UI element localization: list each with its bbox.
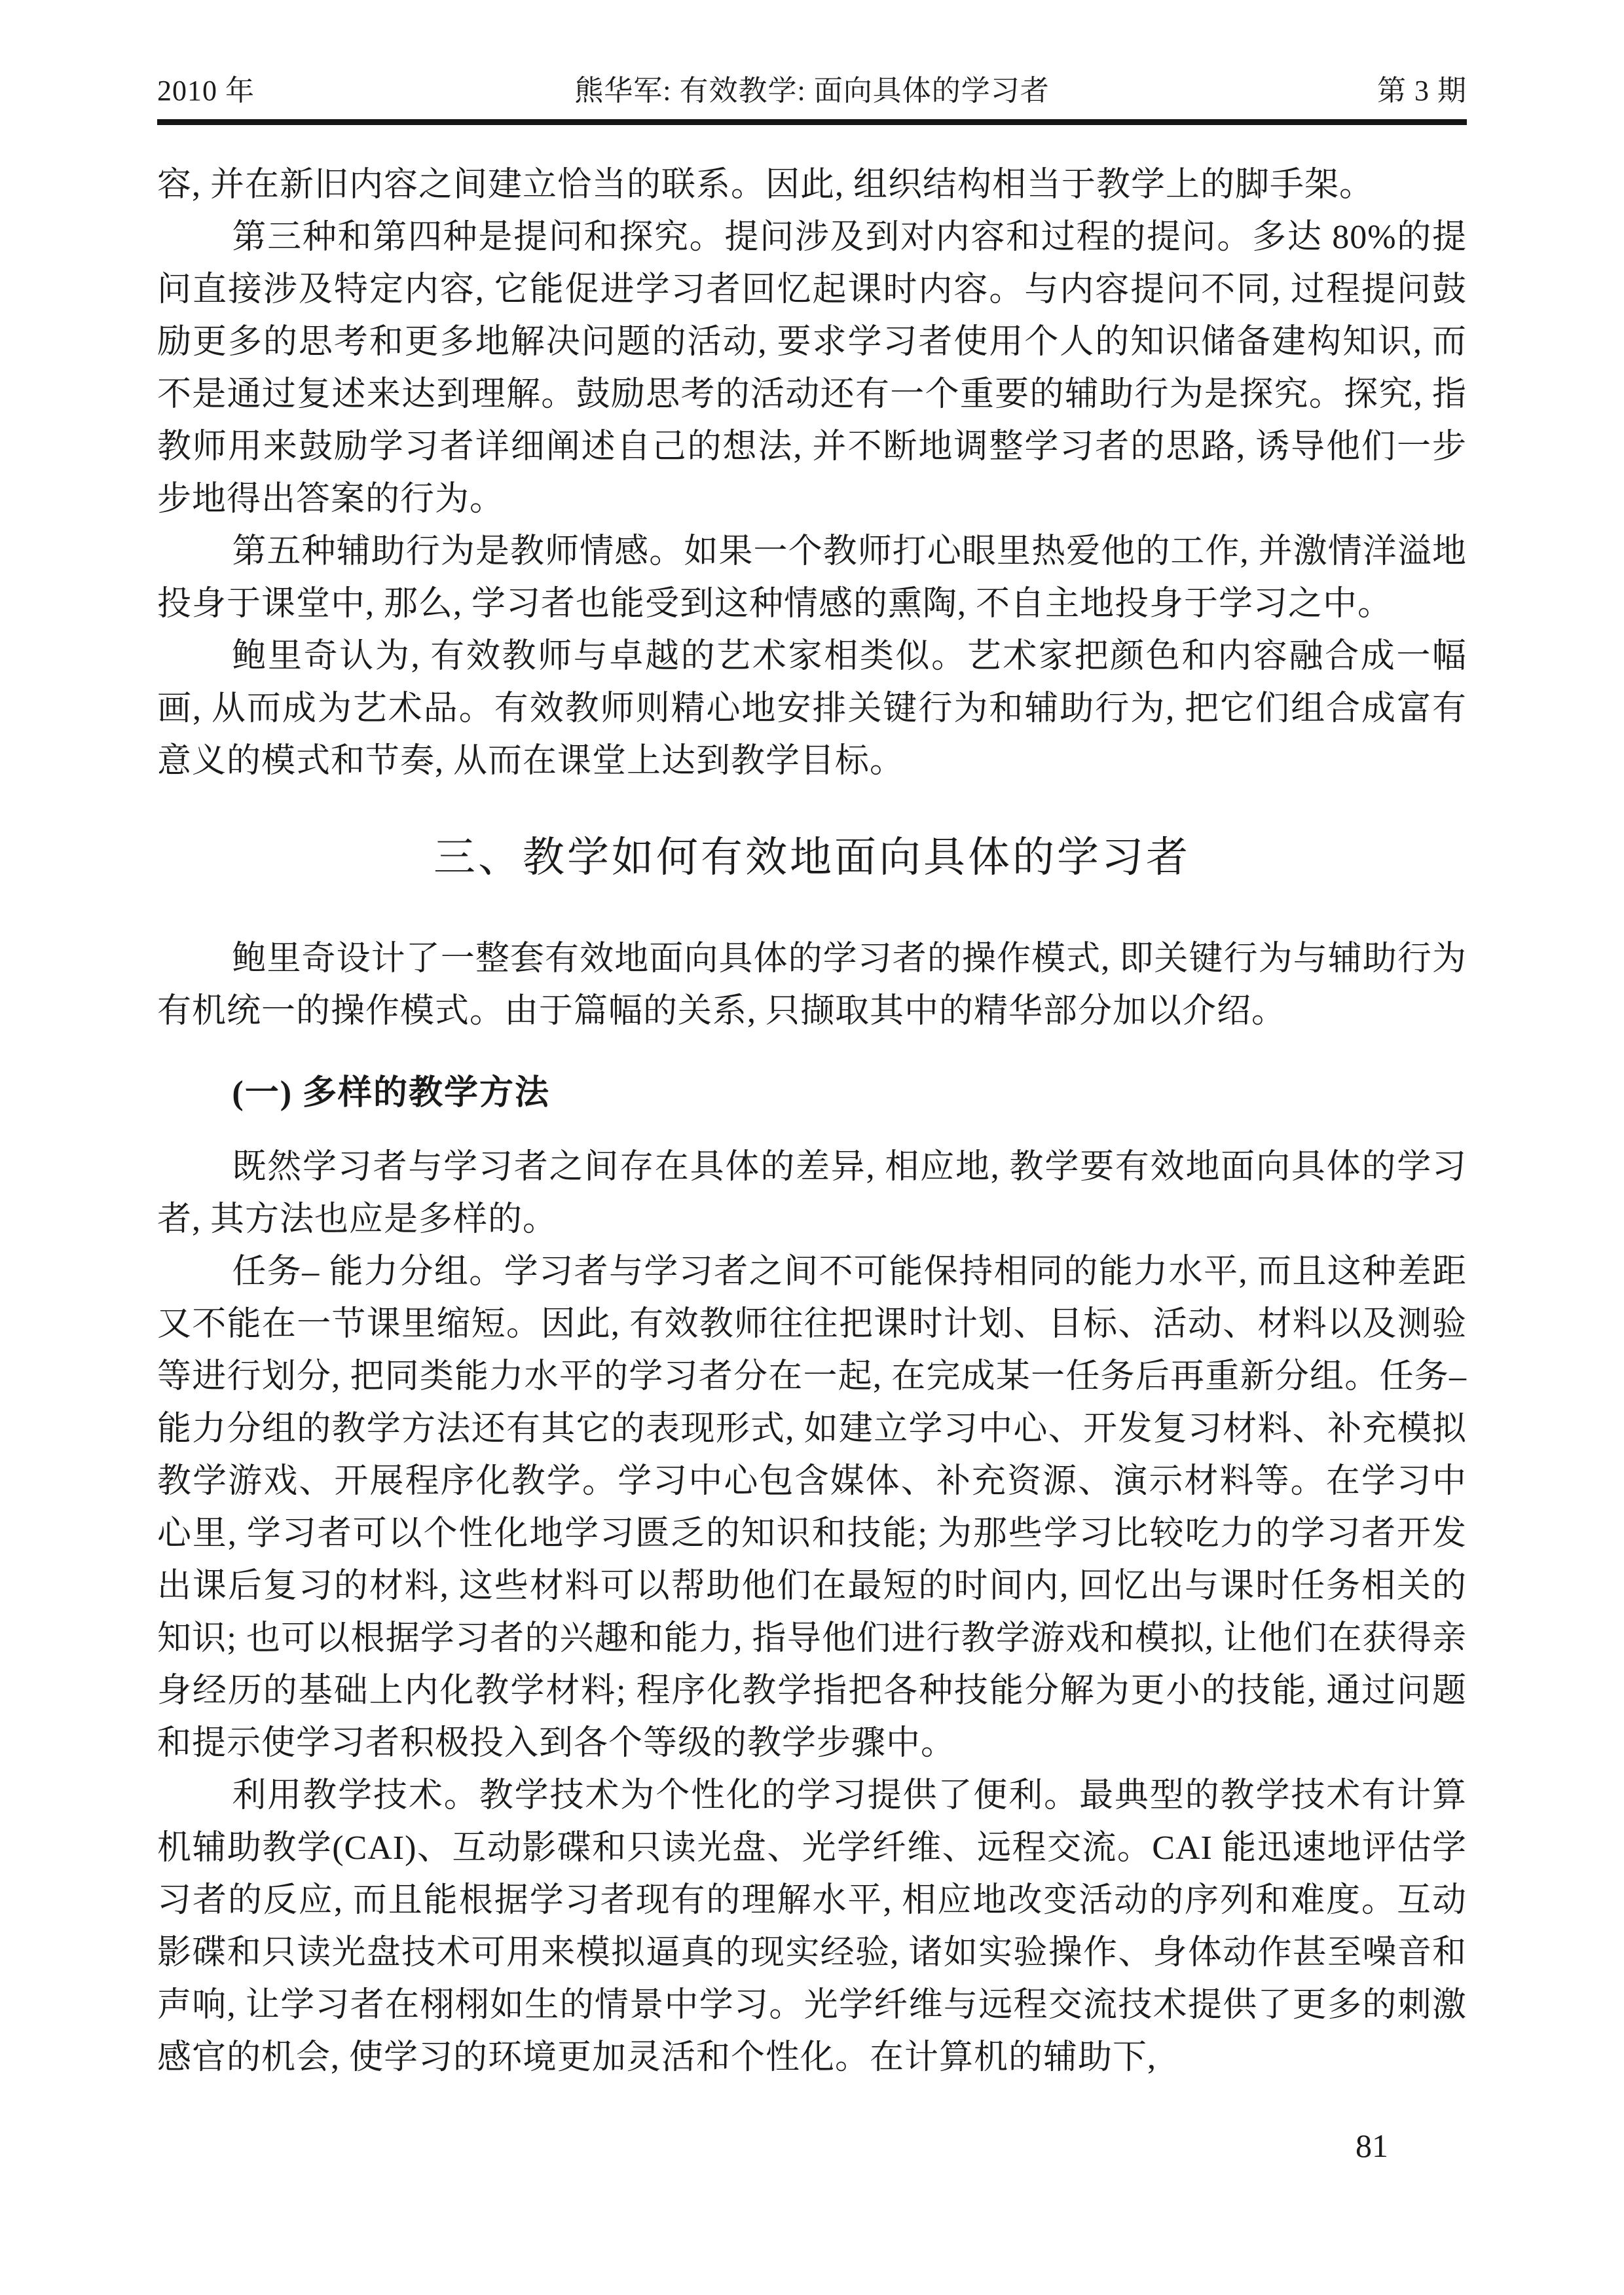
paragraph-diverse-methods-intro: 既然学习者与学习者之间存在具体的差异, 相应地, 教学要有效地面向具体的学习者,… [157, 1141, 1467, 1246]
subsection-heading: (一) 多样的教学方法 [157, 1069, 1467, 1118]
paragraph-questioning-probing: 第三种和第四种是提问和探究。提问涉及到对内容和过程的提问。多达 80%的提问直接… [157, 211, 1467, 526]
paragraph-continuation: 容, 并在新旧内容之间建立恰当的联系。因此, 组织结构相当于教学上的脚手架。 [157, 159, 1467, 211]
article-body: 容, 并在新旧内容之间建立恰当的联系。因此, 组织结构相当于教学上的脚手架。 第… [157, 159, 1467, 2084]
header-rule-divider [157, 119, 1467, 125]
running-header: 2010 年 熊华军: 有效教学: 面向具体的学习者 第 3 期 [157, 0, 1467, 125]
header-year: 2010 年 [157, 73, 354, 109]
header-issue: 第 3 期 [1270, 73, 1467, 109]
header-article-title: 熊华军: 有效教学: 面向具体的学习者 [354, 73, 1270, 109]
section-heading: 三、教学如何有效地面向具体的学习者 [157, 828, 1467, 887]
page-number: 81 [1356, 2127, 1388, 2164]
paragraph-borich-model: 鲍里奇设计了一整套有效地面向具体的学习者的操作模式, 即关键行为与辅助行为有机统… [157, 933, 1467, 1038]
page-footer: 81 [157, 2126, 1467, 2165]
paragraph-task-ability-grouping: 任务– 能力分组。学习者与学习者之间不可能保持相同的能力水平, 而且这种差距又不… [157, 1246, 1467, 1770]
paragraph-teacher-affect: 第五种辅助行为是教师情感。如果一个教师打心眼里热爱他的工作, 并激情洋溢地投身于… [157, 526, 1467, 631]
paragraph-borich-artist: 鲍里奇认为, 有效教师与卓越的艺术家相类似。艺术家把颜色和内容融合成一幅画, 从… [157, 631, 1467, 788]
paragraph-instructional-technology: 利用教学技术。教学技术为个性化的学习提供了便利。最典型的教学技术有计算机辅助教学… [157, 1770, 1467, 2084]
journal-page: 2010 年 熊华军: 有效教学: 面向具体的学习者 第 3 期 容, 并在新旧… [0, 0, 1624, 2295]
